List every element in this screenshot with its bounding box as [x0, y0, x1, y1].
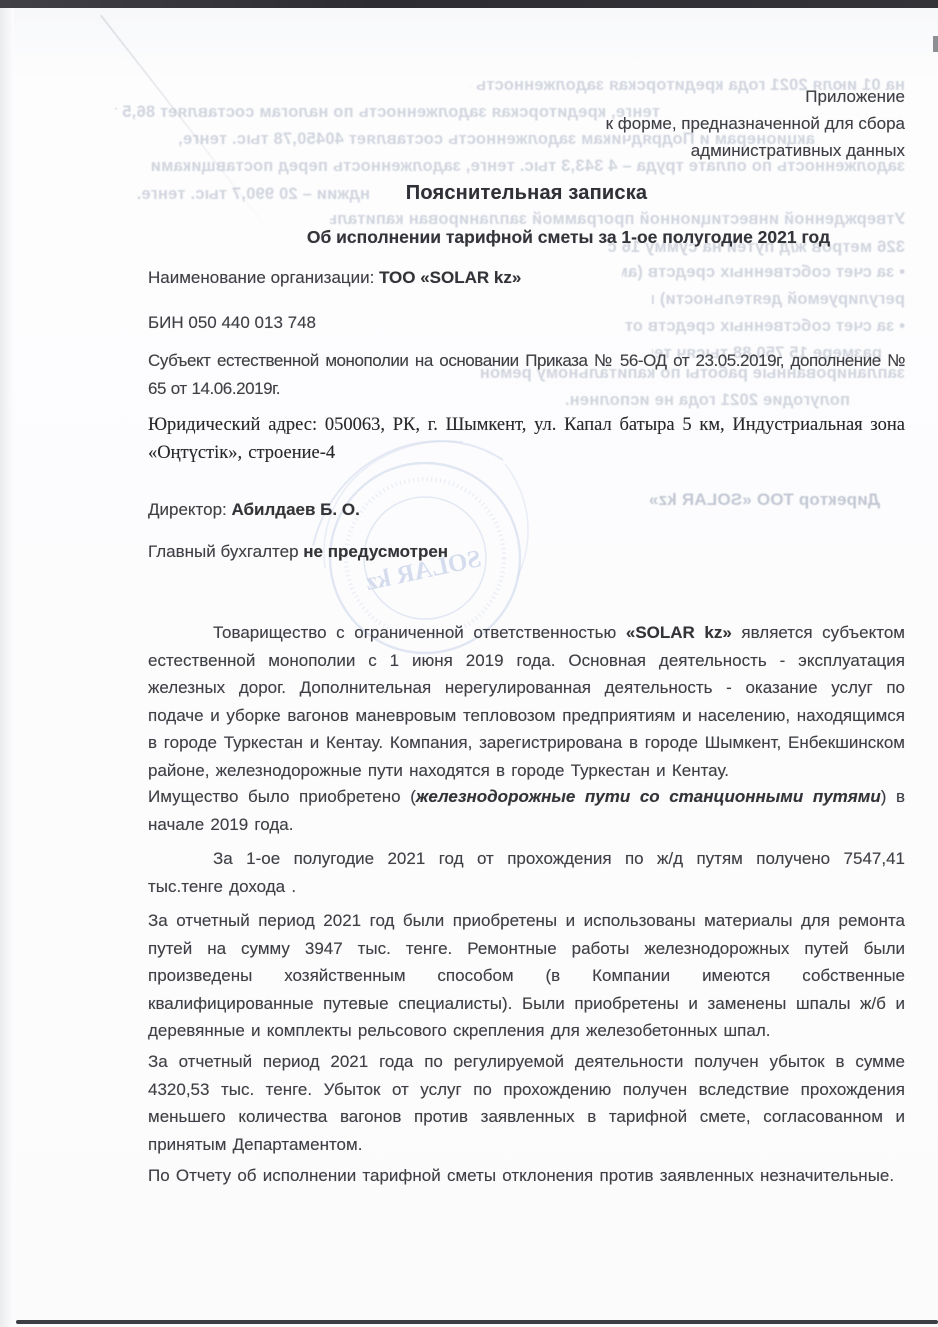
appendix-line: административных данных — [148, 137, 905, 164]
accountant-line: Главный бухгалтер не предусмотрен — [148, 538, 905, 566]
paragraph-income: За 1-ое полугодие 2021 год от прохождени… — [148, 845, 905, 900]
text-run: Товарищество с ограниченной ответственно… — [213, 623, 626, 642]
director-line: Директор: Абилдаев Б. О. — [148, 496, 905, 524]
paragraph-loss: За отчетный период 2021 года по регулиру… — [148, 1048, 905, 1158]
document-title: Пояснительная записка — [148, 180, 938, 208]
text-run: Имущество было приобретено ( — [148, 787, 416, 806]
appendix-line: Приложение — [148, 83, 905, 110]
bleedthrough-line: регулируемой деятельности) в размере — [652, 290, 905, 309]
director-label: Директор: — [148, 500, 232, 519]
organization-label: Наименование организации: — [148, 268, 374, 287]
accountant-label: Главный бухгалтер — [148, 542, 303, 561]
paragraph-deviations: По Отчету об исполнении тарифной сметы о… — [148, 1162, 905, 1190]
paragraph-property: Имущество было приобретено (железнодорож… — [148, 783, 905, 838]
paragraph-repairs: За отчетный период 2021 год были приобре… — [148, 907, 905, 1045]
company-name-bold: «SOLAR kz» — [626, 623, 732, 642]
document-subtitle: Об исполнении тарифной сметы за 1-ое пол… — [148, 224, 938, 252]
organization-name: ТОО «SOLAR kz» — [379, 268, 521, 287]
appendix-line: к форме, предназначенной для сбора — [148, 110, 905, 137]
scanned-document-page: на 01 июля 2021 года кредиторская задолж… — [0, 0, 938, 1327]
legal-address-line: Юридический адрес: 050063, РК, г. Шымкен… — [148, 412, 905, 467]
monopoly-subject-line: Субъект естественной монополии на основа… — [148, 347, 905, 402]
accountant-value: не предусмотрен — [303, 542, 448, 561]
director-name: Абилдаев Б. О. — [232, 500, 360, 519]
organization-line: Наименование организации: ТОО «SOLAR kz» — [148, 264, 905, 292]
property-italic: железнодорожные пути со станционными пут… — [416, 787, 881, 806]
appendix-note: Приложение к форме, предназначенной для … — [148, 83, 938, 164]
paragraph-company-overview: Товарищество с ограниченной ответственно… — [148, 619, 905, 784]
bin-line: БИН 050 440 013 748 — [148, 309, 905, 337]
text-run: является субъектом естественной монополи… — [148, 623, 905, 780]
